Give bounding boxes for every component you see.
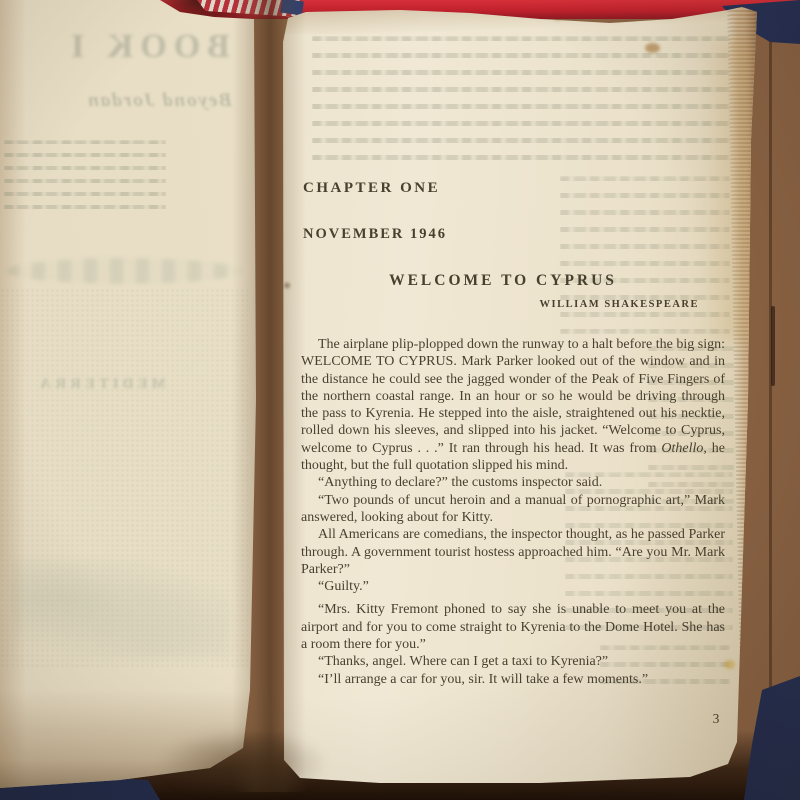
foxing-stain [645, 43, 660, 53]
ghost-map-ornament [10, 558, 230, 658]
paragraph: “Thanks, angel. Where can I get a taxi t… [301, 653, 725, 670]
paragraph: “Mrs. Kitty Fremont phoned to say she is… [301, 601, 725, 653]
ghost-map-showthrough: MEDITERRA [0, 258, 248, 700]
wood-plank-line [769, 0, 772, 800]
body-paragraphs: The airplane plip-plopped down the runwa… [301, 336, 725, 688]
edge-yellowing [700, 40, 748, 340]
paragraph: The airplane plip-plopped down the runwa… [301, 336, 725, 474]
page-number: 3 [704, 711, 728, 727]
gutter-shadow [232, 0, 306, 792]
date-heading: NOVEMBER 1946 [303, 226, 447, 243]
paragraph: “Anything to declare?” the customs inspe… [301, 474, 725, 491]
ghost-map-label: MEDITERRA [6, 376, 196, 393]
book-photo: BOOK I Beyond Jordan MEDITERRA CHAPTER O… [0, 0, 800, 800]
ghost-paragraph-showthrough [4, 140, 166, 212]
epigraph-title: WELCOME TO CYPRUS [301, 272, 705, 290]
ghost-book-subtitle: Beyond Jordan [78, 90, 240, 112]
ghost-text-showthrough [312, 36, 730, 168]
epigraph-attribution: WILLIAM SHAKESPEARE [301, 299, 699, 310]
paragraph: “Two pounds of uncut heroin and a manual… [301, 492, 725, 527]
paragraph: All Americans are comedians, the inspect… [301, 526, 725, 578]
wood-plank-gap [771, 306, 775, 386]
gutter-bottom-shadow [158, 728, 328, 800]
foxing-stain [724, 660, 735, 669]
ghost-book-title: BOOK I [52, 28, 242, 66]
paragraph: “I’ll arrange a car for you, sir. It wil… [301, 671, 725, 688]
ghost-map-border [6, 258, 242, 284]
chapter-heading: CHAPTER ONE [303, 180, 440, 197]
paragraph: “Guilty.” [301, 578, 725, 595]
